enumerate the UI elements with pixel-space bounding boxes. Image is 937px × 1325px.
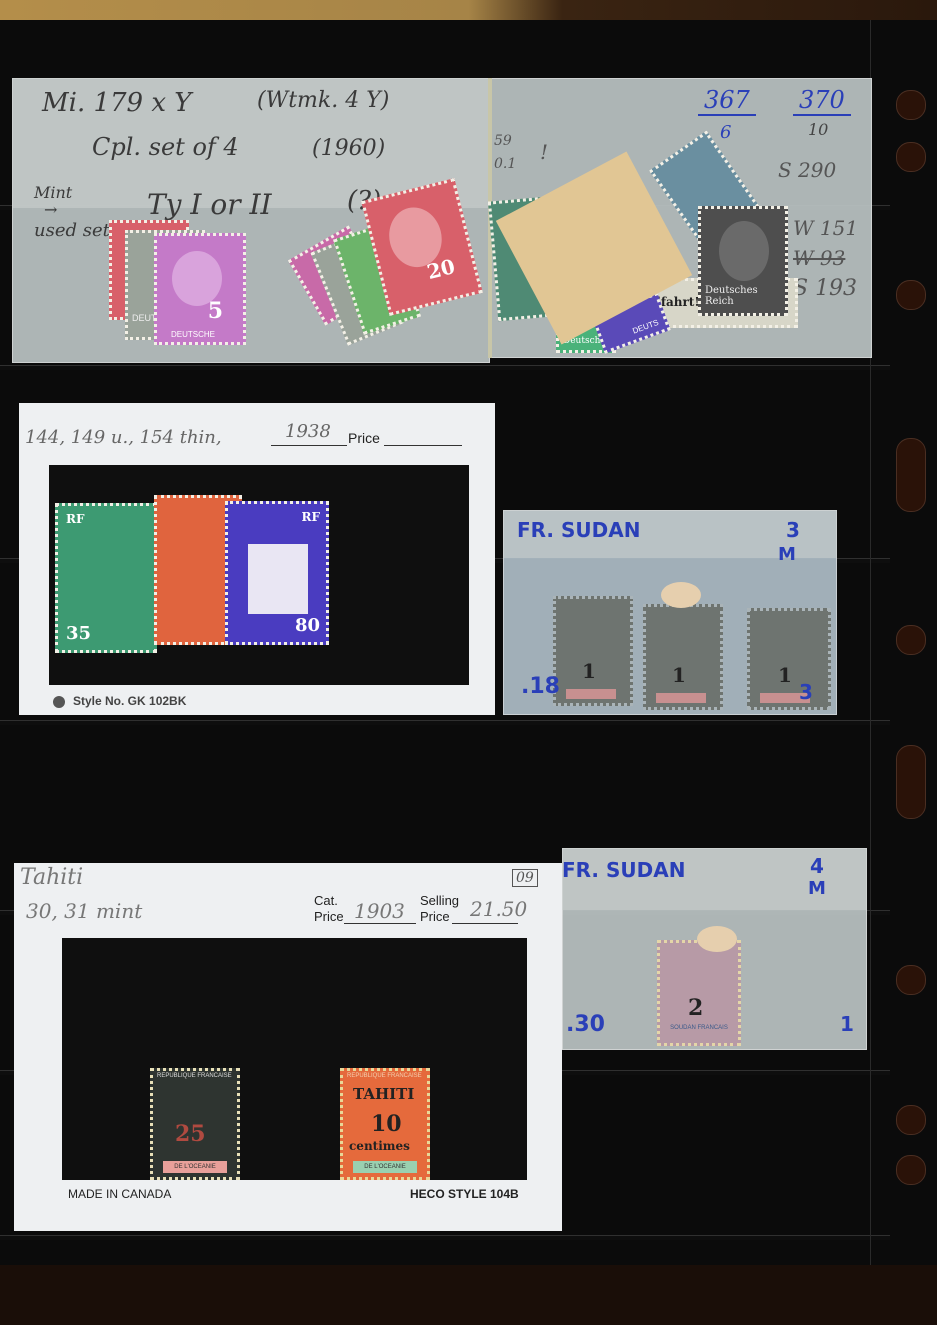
card-year: 1938 bbox=[285, 421, 331, 442]
stamp-martinique-35c: RF 35 bbox=[55, 503, 157, 653]
hinge-remnant bbox=[697, 926, 737, 952]
side-note: ! bbox=[540, 140, 548, 164]
envelope-condition: M bbox=[808, 878, 826, 899]
selling-price-field[interactable]: 21.50 bbox=[452, 905, 518, 924]
code-w151: W 151 bbox=[793, 216, 858, 240]
envelope-qty: 3 bbox=[799, 680, 813, 704]
strip-edge bbox=[0, 365, 890, 370]
envelope-count: 4 bbox=[810, 854, 824, 878]
binder-hole bbox=[896, 745, 926, 819]
note-type: Ty I or II bbox=[147, 188, 272, 221]
heco-logo-icon bbox=[53, 696, 65, 708]
binder-hole bbox=[896, 1105, 926, 1135]
glassine-envelope-germany-reich[interactable]: 59 0.1 ! 367 6 370 10 S 290 W 151 W 93 S… bbox=[488, 78, 872, 358]
catalog-sub-1: 6 bbox=[720, 122, 731, 143]
hinge-remnant bbox=[661, 582, 701, 608]
binder-hole bbox=[896, 142, 926, 172]
card-box-number: 09 bbox=[512, 869, 538, 887]
table-surface bbox=[0, 0, 937, 22]
building-vignette bbox=[248, 544, 308, 614]
selling-price-label: Price bbox=[420, 909, 450, 924]
envelope-count: 3 bbox=[786, 518, 800, 542]
strip-edge bbox=[0, 720, 890, 725]
arrow-icon: → bbox=[44, 200, 57, 219]
stamp-tahiti-25c: REPUBLIQUE FRANCAISE 25 DE L'OCEANIE bbox=[150, 1068, 240, 1180]
note-catalog: Mi. 179 x Y bbox=[42, 88, 191, 118]
side-note: 59 bbox=[494, 133, 512, 149]
glassine-envelope-fr-sudan-4[interactable]: FR. SUDAN 4 M 2 SOUDAN FRANCAIS .30 1 bbox=[562, 848, 867, 1050]
stock-card-tahiti[interactable]: Tahiti 30, 31 mint 09 Cat. Price 1903 Se… bbox=[14, 863, 562, 1231]
envelope-title: FR. SUDAN bbox=[562, 858, 685, 882]
card-footer-style: HECO STYLE 104B bbox=[410, 1187, 519, 1201]
binder-hole bbox=[896, 625, 926, 655]
table-surface-bottom bbox=[0, 1265, 937, 1325]
code-s290: S 290 bbox=[778, 158, 836, 182]
envelope-qty: 1 bbox=[840, 1012, 854, 1036]
card-country: Tahiti bbox=[20, 865, 83, 890]
card-footer-origin: MADE IN CANADA bbox=[68, 1187, 171, 1201]
code-s193: S 193 bbox=[793, 276, 857, 301]
card-handwritten-numbers: 144, 149 u., 154 thin, bbox=[25, 427, 222, 448]
note-used-set: used set bbox=[34, 220, 110, 241]
strip-edge bbox=[0, 1235, 890, 1240]
catalog-number-1: 367 bbox=[698, 86, 756, 116]
card-numbers: 30, 31 mint bbox=[26, 899, 142, 923]
binder-hole bbox=[896, 90, 926, 120]
note-year: (1960) bbox=[312, 136, 385, 161]
stamp-fr-sudan-2c: 2 SOUDAN FRANCAIS bbox=[657, 940, 741, 1046]
envelope-price: .18 bbox=[521, 674, 560, 699]
price-label: Price bbox=[348, 430, 380, 446]
stamp-martinique-80c: RF 80 bbox=[225, 501, 329, 645]
binder-hole bbox=[896, 1155, 926, 1185]
glassine-envelope-germany-mi179[interactable]: Mi. 179 x Y (Wtmk. 4 Y) Cpl. set of 4 (1… bbox=[12, 78, 490, 363]
card-mount-strip: REPUBLIQUE FRANCAISE 25 DE L'OCEANIE REP… bbox=[62, 938, 527, 1180]
envelope-condition: M bbox=[778, 544, 796, 565]
note-set: Cpl. set of 4 bbox=[92, 133, 239, 161]
glassine-envelope-fr-sudan-3[interactable]: FR. SUDAN 3 M 1 1 1 .18 3 bbox=[503, 510, 837, 715]
stock-card-martinique[interactable]: 144, 149 u., 154 thin, 1938 Price RF 35 … bbox=[19, 403, 495, 715]
cat-label: Cat. bbox=[314, 893, 338, 908]
catalog-number-2: 370 bbox=[793, 86, 851, 116]
binder-hole bbox=[896, 965, 926, 995]
price-field[interactable] bbox=[384, 425, 462, 446]
stamp-fr-sudan-1c: 1 bbox=[747, 608, 831, 710]
stamp-fr-sudan-1c: 1 bbox=[643, 604, 723, 710]
catalog-sub-2: 10 bbox=[808, 120, 828, 139]
envelope-title: FR. SUDAN bbox=[517, 518, 640, 542]
side-note: 0.1 bbox=[494, 156, 516, 172]
stamp-fr-sudan-1c: 1 bbox=[553, 596, 633, 706]
note-watermark: (Wtmk. 4 Y) bbox=[257, 88, 389, 113]
stamp-tahiti-10c: REPUBLIQUE FRANCAISE TAHITI 10 centimes … bbox=[340, 1068, 430, 1180]
card-mount-strip: RF 35 RF 80 bbox=[49, 465, 469, 685]
binder-hole bbox=[896, 280, 926, 310]
code-w93: W 93 bbox=[793, 246, 845, 270]
stamp-germany-5pf: 5 DEUTSCHE bbox=[154, 233, 246, 345]
envelope-price: .30 bbox=[566, 1012, 605, 1037]
binder-hole bbox=[896, 438, 926, 512]
stamp-hindenburg: Deutsches Reich bbox=[698, 206, 788, 316]
card-style-number: Style No. GK 102BK bbox=[73, 694, 186, 708]
portrait-hindenburg bbox=[719, 221, 769, 281]
cat-price-label: Price bbox=[314, 909, 344, 924]
cat-price-field[interactable]: 1903 bbox=[344, 905, 416, 924]
